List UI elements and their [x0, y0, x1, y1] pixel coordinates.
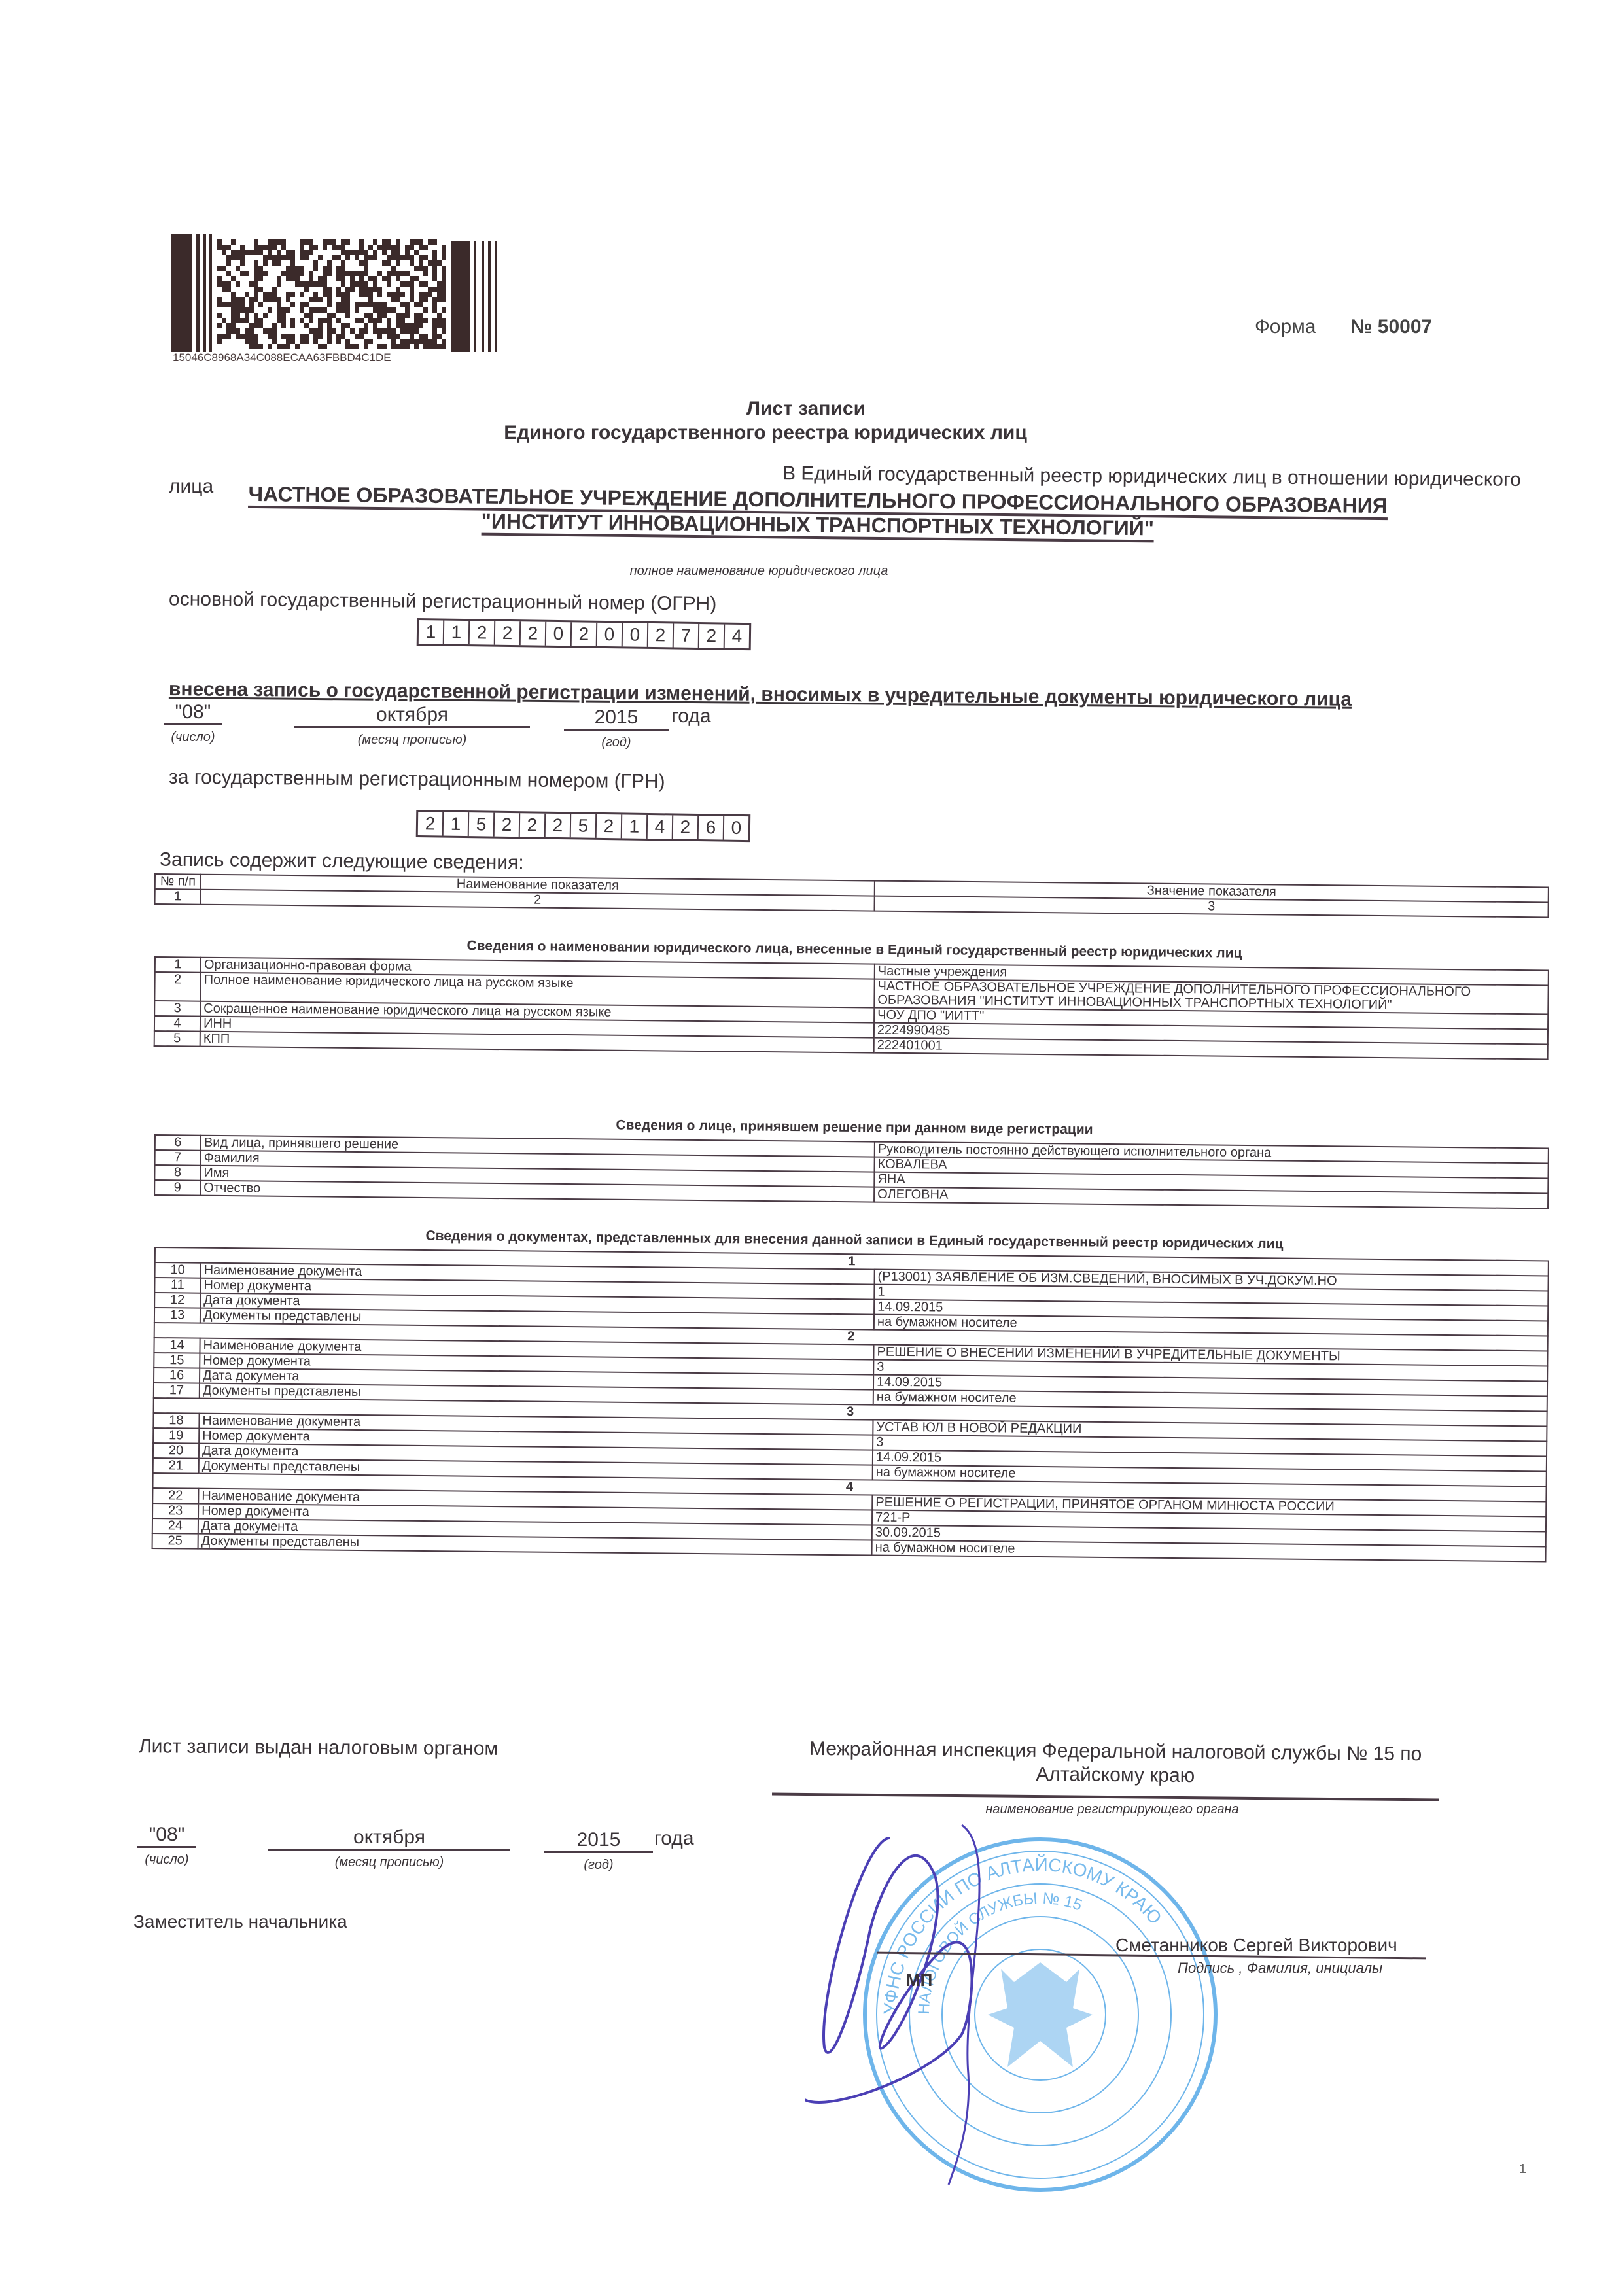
ogrn-digit: 4 [725, 625, 749, 649]
row-number: 21 [153, 1458, 199, 1474]
record-date-month: октября [294, 704, 530, 728]
row-number: 16 [154, 1368, 200, 1383]
row-number: 24 [152, 1518, 198, 1534]
row-number: 23 [152, 1503, 198, 1519]
signer-caption: Подпись , Фамилия, инициалы [1178, 1960, 1382, 1977]
row-number: 7 [155, 1150, 201, 1166]
grn-digit: 1 [622, 814, 648, 839]
grn-digit: 5 [469, 812, 495, 837]
row-number: 2 [154, 972, 200, 1001]
grn-digit: 0 [724, 816, 748, 841]
record-date-year: 2015 [564, 706, 669, 731]
ogrn-digit: 2 [495, 621, 521, 646]
handwritten-signature [805, 1799, 1119, 2191]
intro-text-tail: лица [169, 476, 213, 498]
record-date-day-caption: (число) [164, 730, 222, 745]
row-number: 8 [154, 1165, 200, 1181]
grn-digit: 2 [597, 814, 622, 839]
ogrn-digit: 7 [674, 623, 699, 648]
record-date: "08" (число) октября (месяц прописью) 20… [164, 701, 752, 754]
signer-name: Сметанников Сергей Викторович [1115, 1935, 1397, 1956]
ogrn-digit: 0 [546, 622, 572, 646]
row-number: 11 [154, 1278, 200, 1293]
row-number: 18 [153, 1413, 199, 1429]
ogrn-digit: 0 [597, 623, 623, 647]
grn-digit: 5 [571, 814, 597, 838]
ogrn-digit: 2 [521, 621, 546, 646]
page-number: 1 [1519, 2162, 1526, 2177]
row-number: 3 [154, 1001, 200, 1017]
ogrn-digit: 0 [623, 623, 648, 647]
barcode-text: 15046C8968A34C088ECAA63FBBD4C1DE [173, 351, 391, 364]
org-name-line2: "ИНСТИТУТ ИННОВАЦИОННЫХ ТРАНСПОРТНЫХ ТЕХ… [481, 510, 1154, 543]
org-full-name: ЧАСТНОЕ ОБРАЗОВАТЕЛЬНОЕ УЧРЕЖДЕНИЕ ДОПОЛ… [222, 481, 1414, 543]
issue-date-day-caption: (число) [137, 1852, 196, 1868]
org-name-caption: полное наименование юридического лица [0, 564, 1565, 579]
ogrn-digit: 2 [699, 624, 725, 648]
intro-text: В Единый государственный реестр юридичес… [782, 462, 1521, 491]
ogrn-digit: 2 [648, 623, 674, 648]
ogrn-digit: 1 [419, 620, 444, 644]
row-number: 22 [152, 1488, 198, 1504]
row-number: 20 [153, 1443, 199, 1459]
ogrn-digit: 2 [470, 621, 495, 645]
issued-by-label: Лист записи выдан налоговым органом [139, 1735, 498, 1760]
form-number: № 50007 [1350, 316, 1432, 338]
issue-date-suffix: года [654, 1828, 694, 1850]
document-title: Лист записи [0, 398, 1612, 420]
grn-label: за государственным регистрационным номер… [169, 767, 665, 793]
grn-digit: 1 [444, 812, 469, 837]
header-num: № п/п [155, 874, 201, 890]
row-number: 14 [154, 1338, 200, 1353]
row-number: 6 [155, 1135, 201, 1151]
table-intro: Запись содержит следующие сведения: [160, 849, 524, 875]
record-date-suffix: года [671, 705, 711, 727]
grn-digit: 2 [546, 814, 571, 838]
record-date-day: "08" [164, 701, 222, 725]
issue-date-month-caption: (месяц прописью) [268, 1855, 510, 1870]
registering-authority: Межрайонная инспекция Федеральной налого… [772, 1737, 1460, 1790]
row-number: 5 [154, 1031, 200, 1047]
ogrn-digit-boxes: 1122202002724 [417, 618, 752, 650]
ogrn-digit: 1 [444, 621, 470, 645]
grn-digit-boxes: 2152225214260 [416, 810, 751, 842]
issue-date-month: октября [268, 1826, 510, 1851]
row-number: 17 [154, 1383, 200, 1399]
header-num-index: 1 [155, 889, 201, 905]
grn-digit: 2 [520, 813, 546, 837]
row-number: 10 [155, 1262, 201, 1278]
ogrn-label: основной государственный регистрационный… [169, 588, 717, 615]
row-number: 25 [152, 1533, 198, 1549]
row-number: 4 [154, 1016, 200, 1032]
row-number: 15 [154, 1353, 200, 1368]
seal-place-label: МП [906, 1970, 932, 1991]
row-number: 19 [153, 1428, 199, 1444]
form-label: Форма [1255, 316, 1316, 338]
row-number: 13 [154, 1308, 200, 1323]
issue-date-year-caption: (год) [544, 1858, 653, 1873]
row-number: 9 [154, 1180, 200, 1196]
issue-date: "08" (число) октября (месяц прописью) 20… [137, 1824, 726, 1876]
record-date-month-caption: (месяц прописью) [294, 733, 530, 748]
grn-digit: 2 [495, 813, 520, 837]
document-subtitle: Единого государственного реестра юридиче… [0, 422, 1571, 444]
issue-date-year: 2015 [544, 1829, 653, 1853]
row-number: 1 [155, 957, 201, 973]
grn-digit: 6 [699, 816, 724, 840]
ogrn-digit: 2 [572, 622, 597, 646]
pdf417-barcode [171, 234, 499, 352]
issue-date-day: "08" [137, 1824, 196, 1848]
grn-digit: 4 [648, 815, 673, 839]
grn-digit: 2 [673, 815, 699, 839]
signer-position: Заместитель начальника [133, 1911, 347, 1932]
record-date-year-caption: (год) [564, 735, 669, 750]
grn-digit: 2 [418, 812, 444, 836]
row-number: 12 [154, 1293, 200, 1308]
